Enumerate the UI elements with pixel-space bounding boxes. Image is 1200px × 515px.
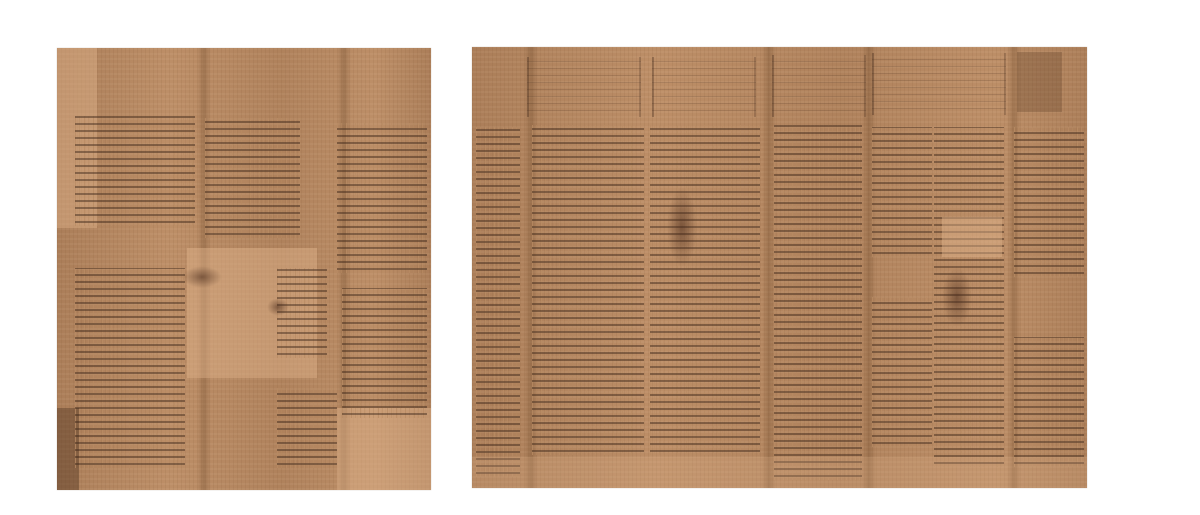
faded-area bbox=[942, 217, 1002, 257]
text-column bbox=[650, 125, 760, 455]
ink-stain bbox=[267, 298, 289, 316]
text-column bbox=[337, 123, 427, 273]
text-column bbox=[75, 268, 185, 468]
text-column bbox=[774, 125, 862, 480]
text-column bbox=[476, 127, 520, 477]
faded-area bbox=[472, 457, 1087, 488]
ink-stain bbox=[667, 187, 697, 267]
text-column bbox=[1014, 337, 1084, 467]
papyrus-fragment-left bbox=[57, 48, 431, 490]
vignette-drawing bbox=[527, 57, 641, 117]
text-column bbox=[872, 127, 932, 257]
vignette-figure bbox=[1017, 52, 1062, 112]
ink-stain bbox=[182, 266, 222, 288]
text-column bbox=[1014, 127, 1084, 277]
vignette-drawing bbox=[872, 53, 1006, 115]
text-column bbox=[205, 118, 300, 238]
text-column bbox=[532, 125, 644, 455]
ink-stain bbox=[942, 267, 972, 327]
text-column bbox=[75, 116, 195, 226]
faded-area bbox=[337, 408, 431, 490]
text-column bbox=[277, 388, 337, 468]
text-column bbox=[342, 288, 427, 418]
vignette-drawing bbox=[652, 57, 756, 117]
text-column bbox=[872, 297, 932, 447]
papyrus-fragment-right bbox=[472, 47, 1087, 488]
vignette-drawing bbox=[772, 55, 866, 117]
